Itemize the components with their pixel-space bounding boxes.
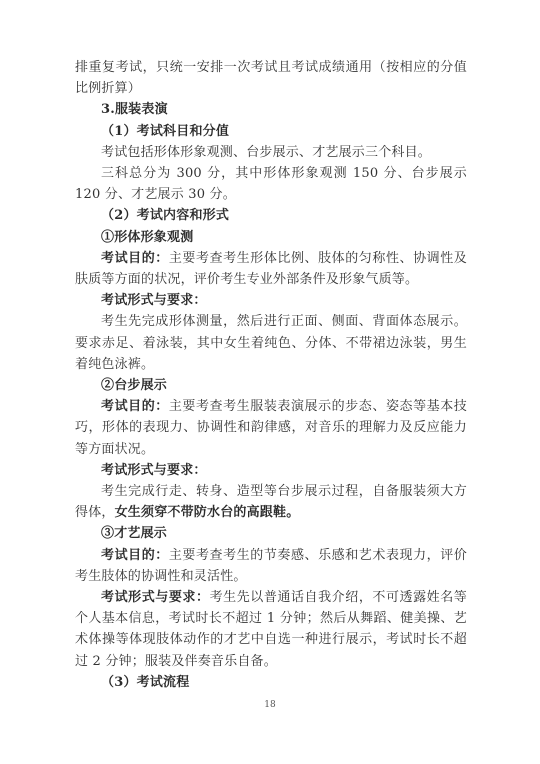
bold-text-segment: 考试形式与要求： xyxy=(101,293,207,308)
section-heading: （2）考试内容和形式 xyxy=(75,205,467,226)
paragraph: 考试目的：主要考查考生的节奏感、乐感和艺术表现力，评价考生肢体的协调性和灵活性。 xyxy=(75,545,467,587)
bold-text-segment: 考试目的： xyxy=(101,399,169,414)
bold-text-segment: 3.服装表演 xyxy=(101,102,168,117)
bold-text-segment: ②台步展示 xyxy=(101,378,167,393)
document-page: 排重复考试，只统一安排一次考试且考试成绩通用（按相应的分值比例折算）3.服装表演… xyxy=(0,0,540,764)
text-segment: 三科总分为 300 分，其中形体形象观测 150 分、台步展示 120 分、才艺… xyxy=(75,166,467,202)
section-heading: 考试形式与要求： xyxy=(75,460,467,481)
document-content: 排重复考试，只统一安排一次考试且考试成绩通用（按相应的分值比例折算）3.服装表演… xyxy=(75,57,467,693)
bold-text-segment: （2）考试内容和形式 xyxy=(101,208,229,223)
bold-text-segment: 考试形式与要求： xyxy=(101,463,207,478)
text-segment: 排重复考试，只统一安排一次考试且考试成绩通用（按相应的分值比例折算） xyxy=(75,60,467,96)
text-segment: 考试包括形体形象观测、台步展示、才艺展示三个科目。 xyxy=(101,145,431,160)
bold-text-segment: 考试目的： xyxy=(101,251,169,266)
bold-text-segment: 考试目的： xyxy=(101,548,169,563)
text-segment: 考生先完成形体测量，然后进行正面、侧面、背面体态展示。要求赤足、着泳装，其中女生… xyxy=(75,314,467,371)
paragraph: 三科总分为 300 分，其中形体形象观测 150 分、台步展示 120 分、才艺… xyxy=(75,163,467,205)
section-heading: （3）考试流程 xyxy=(75,672,467,693)
paragraph: 考生先完成形体测量，然后进行正面、侧面、背面体态展示。要求赤足、着泳装，其中女生… xyxy=(75,311,467,375)
section-heading: ①形体形象观测 xyxy=(75,227,467,248)
bold-text-segment: （1）考试科目和分值 xyxy=(101,124,229,139)
bold-text-segment: （3）考试流程 xyxy=(101,675,189,690)
paragraph: 考试形式与要求：考生先以普通话自我介绍，不可透露姓名等个人基本信息，考试时长不超… xyxy=(75,587,467,672)
paragraph: 考试目的：主要考查考生服装表演展示的步态、姿态等基本技巧，形体的表现力、协调性和… xyxy=(75,396,467,460)
paragraph: 考试包括形体形象观测、台步展示、才艺展示三个科目。 xyxy=(75,142,467,163)
section-heading: 3.服装表演 xyxy=(75,99,467,120)
section-heading: ③才艺展示 xyxy=(75,523,467,544)
bold-text-segment: ①形体形象观测 xyxy=(101,230,193,245)
section-heading: （1）考试科目和分值 xyxy=(75,121,467,142)
page-number: 18 xyxy=(0,700,540,710)
section-heading: 考试形式与要求： xyxy=(75,290,467,311)
bold-text-segment: 考试形式与要求： xyxy=(101,590,210,605)
section-heading: ②台步展示 xyxy=(75,375,467,396)
paragraph: 考试目的：主要考查考生形体比例、肢体的匀称性、协调性及肤质等方面的状况，评价考生… xyxy=(75,248,467,290)
bold-text-segment: ③才艺展示 xyxy=(101,526,167,541)
paragraph: 考生完成行走、转身、造型等台步展示过程，自备服装须大方得体，女生须穿不带防水台的… xyxy=(75,481,467,523)
bold-text-segment: 女生须穿不带防水台的高跟鞋。 xyxy=(115,505,300,520)
paragraph: 排重复考试，只统一安排一次考试且考试成绩通用（按相应的分值比例折算） xyxy=(75,57,467,99)
